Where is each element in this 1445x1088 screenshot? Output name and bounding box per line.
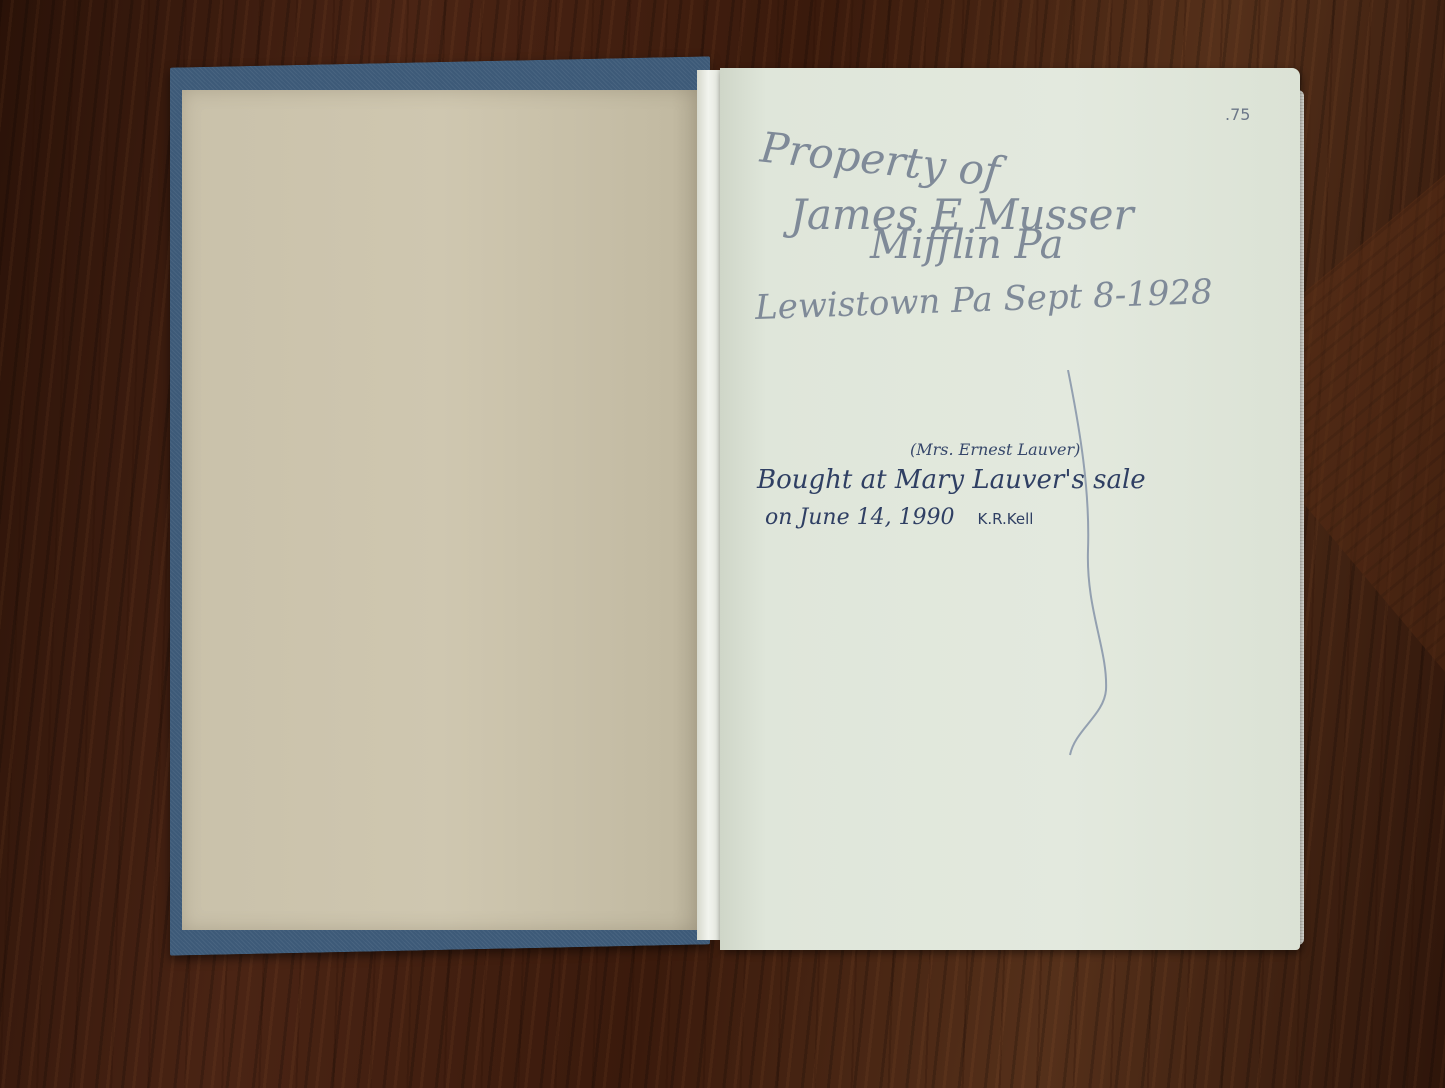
inscription-signature: K.R.Kell bbox=[978, 510, 1034, 528]
inscription-date-line: on June 14, 1990 K.R.Kell bbox=[765, 505, 1033, 530]
inside-cover-pastedown bbox=[182, 90, 697, 930]
inscription-date: on June 14, 1990 bbox=[765, 505, 955, 530]
inscription-bought: Bought at Mary Lauver's sale bbox=[757, 465, 1146, 495]
pencil-stray-line bbox=[1060, 370, 1120, 760]
inscription-note: (Mrs. Ernest Lauver) bbox=[910, 440, 1080, 459]
price-mark: .75 bbox=[1225, 105, 1250, 124]
inscription-town: Mifflin Pa bbox=[870, 222, 1063, 268]
